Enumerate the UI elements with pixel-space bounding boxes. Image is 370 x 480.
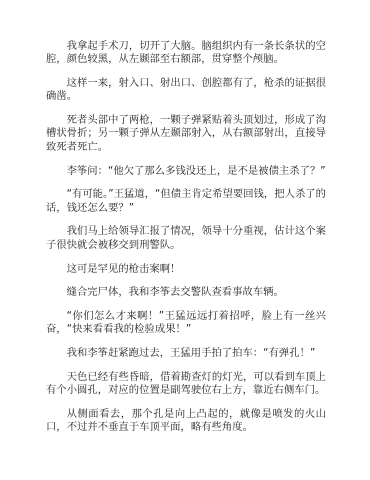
paragraph: 从侧面看去，那个孔是向上凸起的，就像是喷发的火山口，不过并不垂直于车顶平面，略有…	[46, 408, 326, 435]
paragraph: 我拿起手术刀，切开了大脑。脑组织内有一条长条状的空腔，颜色较黑，从左颞部至右额部…	[46, 40, 326, 67]
paragraph: “有可能。”王猛道，“但债主肯定希望要回钱，把人杀了的话，钱还怎么要？”	[46, 188, 326, 215]
paragraph: 我们马上给领导汇报了情况，领导十分重视，估计这个案子很快就会被移交到刑警队。	[46, 225, 326, 252]
paragraph: 李筝问：“他欠了那么多钱没还上，是不是被债主杀了？”	[46, 165, 326, 178]
paragraph: 缝合完尸体，我和李筝去交警队查看事故车辆。	[46, 286, 326, 299]
paragraph: 我和李筝赶紧跑过去，王猛用手拍了拍车：“有弹孔！”	[46, 347, 326, 360]
document-page: 我拿起手术刀，切开了大脑。脑组织内有一条长条状的空腔，颜色较黑，从左颞部至右额部…	[46, 40, 326, 445]
paragraph: 这可是罕见的枪击案啊！	[46, 263, 326, 276]
paragraph: 死者头部中了两枪，一颗子弹紧贴着头顶划过，形成了沟槽状骨折；另一颗子弹从左颞部射…	[46, 114, 326, 154]
paragraph: 这样一来，射入口、射出口、创腔都有了，枪杀的证据很确凿。	[46, 77, 326, 104]
paragraph: “你们怎么才来啊！”王猛远远打着招呼，脸上有一丝兴奋，“快来看看我的检验成果！”	[46, 310, 326, 337]
paragraph: 天色已经有些昏暗，借着勘查灯的灯光，可以看到车顶上有个小圆孔，对应的位置是副驾驶…	[46, 371, 326, 398]
